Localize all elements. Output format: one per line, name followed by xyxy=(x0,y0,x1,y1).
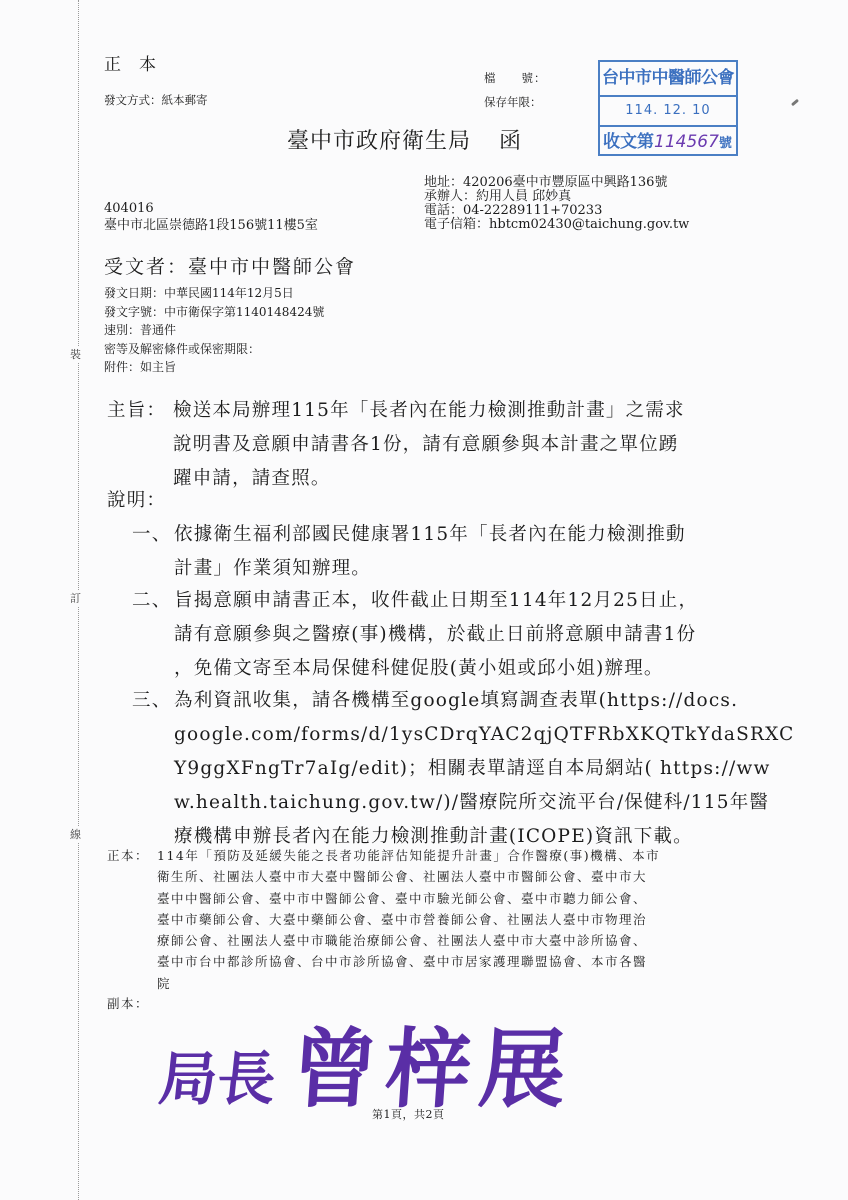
stamp-receipt-number: 收文第114567號 xyxy=(600,127,736,158)
item-line: 計畫」作業須知辦理。 xyxy=(174,552,762,586)
recipient: 受文者：臺中市中醫師公會 xyxy=(104,252,356,279)
item-line-url: google.com/forms/d/1ysCDrqYAC2qjQTFRbXKQ… xyxy=(174,718,762,752)
stamp-suffix: 號 xyxy=(719,136,732,151)
stamp-handwritten-number: 114567 xyxy=(654,132,719,152)
subject-content: 檢送本局辦理115年「長者內在能力檢測推動計畫」之需求 說明書及意願申請書各1份… xyxy=(173,394,757,496)
distribution-line: 114年「預防及延緩失能之長者功能評估知能提升計畫」合作醫療(事)機構、本市 xyxy=(157,845,807,866)
document-number: 發文字號：中市衛保字第1140148424號 xyxy=(104,303,324,322)
speed-class: 速別：普通件 xyxy=(104,321,324,340)
handler: 承辦人：約用人員 邱妙真 xyxy=(424,190,689,204)
stamp-date: 114. 12. 10 xyxy=(600,97,736,127)
file-number-label: 檔 號： xyxy=(484,70,547,86)
issue-date: 發文日期：中華民國114年12月5日 xyxy=(104,284,324,303)
sender-address: 地址：420206臺中市豐原區中興路136號 xyxy=(424,176,689,190)
subject-label: 主旨： xyxy=(107,394,166,428)
page-number: 第1頁，共2頁 xyxy=(372,1106,445,1122)
document-meta: 發文日期：中華民國114年12月5日 發文字號：中市衛保字第1140148424… xyxy=(104,284,324,377)
sender-title: 臺中市政府衛生局函 xyxy=(287,124,522,155)
item-line-url: Y9ggXFngTr7aIg/edit)；相關表單請逕自本局網站( https:… xyxy=(174,752,762,786)
send-method: 發文方式：紙本郵寄 xyxy=(104,92,208,108)
distribution-line: 臺中市台中都診所協會、台中市診所協會、臺中市居家護理聯盟協會、本市各醫 xyxy=(157,951,807,972)
attachment: 附件：如主旨 xyxy=(104,358,324,377)
postal-code: 404016 xyxy=(104,200,318,217)
subject-line: 躍申請，請查照。 xyxy=(173,462,757,496)
explanation-item: 三、 為利資訊收集，請各機構至google填寫調查表單(https://docs… xyxy=(132,684,762,854)
distribution-line: 臺中市藥師公會、大臺中藥師公會、臺中市營養師公會、社團法人臺中市物理治 xyxy=(157,909,807,930)
distribution-label: 正本： xyxy=(107,845,149,866)
distribution-line: 衛生所、社團法人臺中市大臺中醫師公會、社團法人臺中市醫師公會、臺中市大 xyxy=(157,866,807,887)
item-line: 為利資訊收集，請各機構至google填寫調查表單(https://docs. xyxy=(174,684,762,718)
sender-org: 臺中市政府衛生局 xyxy=(287,129,471,154)
item-line: ，免備文寄至本局保健科健促股(黃小姐或邱小姐)辦理。 xyxy=(174,652,762,686)
explanation-item: 一、 依據衛生福利部國民健康署115年「長者內在能力檢測推動 計畫」作業須知辦理… xyxy=(132,518,762,586)
received-stamp: 台中市中醫師公會 114. 12. 10 收文第114567號 xyxy=(598,60,738,156)
document-type: 函 xyxy=(499,129,522,154)
recipient-street: 臺中市北區崇德路1段156號11樓5室 xyxy=(104,217,318,234)
copy-type-label: 正本 xyxy=(104,50,174,75)
explanation-label: 說明： xyxy=(107,486,166,512)
classification: 密等及解密條件或保密期限： xyxy=(104,340,324,359)
item-line: 旨揭意願申請書正本，收件截止日期至114年12月25日止， xyxy=(174,584,762,618)
item-number: 三、 xyxy=(132,684,171,718)
email: 電子信箱：hbtcm02430@taichung.gov.tw xyxy=(424,218,689,232)
stamp-prefix: 收文第 xyxy=(603,132,654,152)
distribution-line: 療師公會、社團法人臺中市職能治療師公會、社團法人臺中市大臺中診所協會、 xyxy=(157,930,807,951)
retention-period-label: 保存年限： xyxy=(484,94,542,110)
phone: 電話：04-22289111+70233 xyxy=(424,204,689,218)
subject-line: 說明書及意願申請書各1份，請有意願參與本計畫之單位踴 xyxy=(173,428,757,462)
item-number: 一、 xyxy=(132,518,171,552)
subject-section: 主旨： 檢送本局辦理115年「長者內在能力檢測推動計畫」之需求 說明書及意願申請… xyxy=(107,394,757,496)
item-number: 二、 xyxy=(132,584,171,618)
director-signature-stamp: 局長曾梓展 xyxy=(160,1000,574,1124)
binding-mark-ding: 訂 xyxy=(70,590,81,606)
item-line-url: w.health.taichung.gov.tw/)/醫療院所交流平台/保健科/… xyxy=(174,786,762,820)
distribution-line: 院 xyxy=(157,973,807,994)
pen-mark xyxy=(791,99,799,106)
stamp-org: 台中市中醫師公會 xyxy=(600,62,736,97)
distribution-list: 正本： 114年「預防及延緩失能之長者功能評估知能提升計畫」合作醫療(事)機構、… xyxy=(107,845,807,994)
sender-contact-block: 地址：420206臺中市豐原區中興路136號 承辦人：約用人員 邱妙真 電話：0… xyxy=(424,176,689,232)
subject-line: 檢送本局辦理115年「長者內在能力檢測推動計畫」之需求 xyxy=(173,394,757,428)
explanation-item: 二、 旨揭意願申請書正本，收件截止日期至114年12月25日止， 請有意願參與之… xyxy=(132,584,762,686)
signature-title: 局長 xyxy=(156,1032,281,1116)
cc-label: 副本： xyxy=(107,994,149,1012)
official-letter-page: 裝 訂 線 正本 發文方式：紙本郵寄 檔 號： 保存年限： 台中市中醫師公會 1… xyxy=(0,0,848,1200)
recipient-address-block: 404016 臺中市北區崇德路1段156號11樓5室 xyxy=(104,200,318,234)
item-line: 依據衛生福利部國民健康署115年「長者內在能力檢測推動 xyxy=(174,518,762,552)
item-line: 請有意願參與之醫療(事)機構，於截止日前將意願申請書1份 xyxy=(174,618,762,652)
binding-mark-zhuang: 裝 xyxy=(70,346,81,362)
distribution-line: 臺中中醫師公會、臺中市中醫師公會、臺中市驗光師公會、臺中市聽力師公會、 xyxy=(157,888,807,909)
binding-mark-xian: 線 xyxy=(70,826,81,842)
